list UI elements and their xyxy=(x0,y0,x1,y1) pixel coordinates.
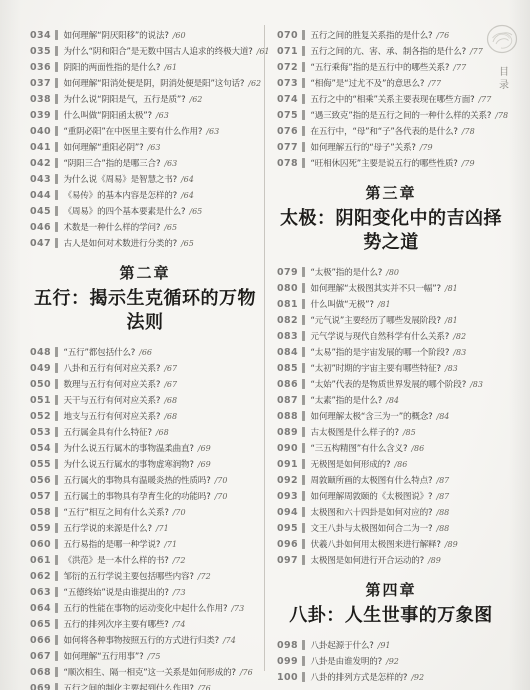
entry-page-number: /68 xyxy=(164,396,177,405)
toc-entry: 041如何理解“重阳必阴”?/63 xyxy=(30,139,260,155)
entry-separator xyxy=(55,651,58,661)
entry-page-number: /88 xyxy=(436,524,449,533)
entry-separator xyxy=(302,126,305,136)
entry-number: 075 xyxy=(277,110,298,121)
entry-number: 049 xyxy=(30,363,51,374)
entry-separator xyxy=(55,459,58,469)
entry-number: 082 xyxy=(277,315,298,326)
entry-number: 064 xyxy=(30,603,51,614)
toc-entry: 064五行的性能在事物的运动变化中起什么作用?/73 xyxy=(30,600,260,616)
toc-entry: 067如何理解“五行用事”?/75 xyxy=(30,648,260,664)
entry-separator xyxy=(302,78,305,88)
entry-number: 066 xyxy=(30,635,51,646)
entry-text: 太极图和六十四卦是如何对应的? xyxy=(311,506,433,518)
entry-text: 术数是一种什么样的学问? xyxy=(64,221,161,233)
entry-text: “顺次相生、隔一相克”这一关系是如何形成的? xyxy=(64,666,236,678)
entry-page-number: /73 xyxy=(231,604,244,613)
entry-separator xyxy=(302,30,305,40)
entry-text: 如何理解“五行用事”? xyxy=(64,650,144,662)
entry-text: 《易传》的基本内容是怎样的? xyxy=(64,189,177,201)
entry-page-number: /70 xyxy=(173,508,186,517)
entry-number: 061 xyxy=(30,555,51,566)
entry-separator xyxy=(302,158,305,168)
entry-number: 077 xyxy=(277,142,298,153)
entry-page-number: /64 xyxy=(181,191,194,200)
entry-separator xyxy=(55,158,58,168)
entry-page-number: /80 xyxy=(386,268,399,277)
toc-entry: 091无极图是如何形成的?/86 xyxy=(277,456,505,472)
entry-separator xyxy=(302,363,305,373)
entry-text: 为什么说“阴阳是气，五行是质”? xyxy=(64,93,186,105)
entry-separator xyxy=(302,427,305,437)
toc-entry: 092周敦颐所画的太极图有什么特点?/87 xyxy=(277,472,505,488)
entry-number: 076 xyxy=(277,126,298,137)
entry-text: 阴阳的两面性指的是什么? xyxy=(64,61,161,73)
entry-separator xyxy=(55,379,58,389)
entry-number: 080 xyxy=(277,283,298,294)
entry-separator xyxy=(55,94,58,104)
entry-separator xyxy=(55,443,58,453)
entry-text: 如何理解“阴厌阳移”的说法? xyxy=(64,29,169,41)
entry-page-number: /91 xyxy=(378,641,391,650)
entry-separator xyxy=(302,491,305,501)
entry-number: 057 xyxy=(30,491,51,502)
toc-entry: 098八卦起源于什么?/91 xyxy=(277,637,505,653)
toc-entry: 058“五行”相互之间有什么关系?/70 xyxy=(30,504,260,520)
entry-page-number: /79 xyxy=(420,143,433,152)
toc-entry: 077如何理解五行的“母子”关系?/79 xyxy=(277,139,505,155)
toc-entry: 039什么叫做“阴阳函太极”?/63 xyxy=(30,107,260,123)
entry-separator xyxy=(302,443,305,453)
entry-separator xyxy=(55,667,58,677)
entry-number: 038 xyxy=(30,94,51,105)
chapter-heading: 第四章八卦：人生世事的万象图 xyxy=(277,581,505,628)
entry-number: 098 xyxy=(277,640,298,651)
entry-text: “重阴必阳”在中医里主要有什么作用? xyxy=(64,125,203,137)
entry-number: 050 xyxy=(30,379,51,390)
entry-separator xyxy=(55,571,58,581)
toc-column-right: 070五行之间的胜复关系指的是什么?/76071五行之间的亢、害、承、制各指的是… xyxy=(277,27,505,685)
entry-page-number: /72 xyxy=(198,572,211,581)
page-margin-decoration: 目录 xyxy=(482,22,522,92)
entry-number: 041 xyxy=(30,142,51,153)
entry-text: “五行乘侮”指的是五行中的哪些关系? xyxy=(311,61,450,73)
entry-text: “太素”指的是什么? xyxy=(311,394,383,406)
entry-separator xyxy=(55,238,58,248)
chapter-title: 五行：揭示生克循环的万物法则 xyxy=(30,287,260,335)
entry-number: 051 xyxy=(30,395,51,406)
entry-text: “元气说”主要经历了哪些发展阶段? xyxy=(311,314,441,326)
entry-separator xyxy=(302,523,305,533)
toc-entry: 093如何理解周敦颐的《太极图说》?/87 xyxy=(277,488,505,504)
toc-entry: 094太极图和六十四卦是如何对应的?/88 xyxy=(277,504,505,520)
toc-entry: 100八卦的排列方式是怎样的?/92 xyxy=(277,669,505,685)
entry-page-number: /83 xyxy=(453,348,466,357)
entry-text: 周敦颐所画的太极图有什么特点? xyxy=(311,474,433,486)
entry-number: 084 xyxy=(277,347,298,358)
toc-entry: 060五行易指的是哪一种学说?/71 xyxy=(30,536,260,552)
entry-page-number: /81 xyxy=(378,300,391,309)
entry-page-number: /82 xyxy=(453,332,466,341)
entry-page-number: /84 xyxy=(437,412,450,421)
entry-text: 如何理解“太极图其实并不只一幅”? xyxy=(311,282,441,294)
entry-number: 048 xyxy=(30,347,51,358)
entry-number: 087 xyxy=(277,395,298,406)
entry-number: 070 xyxy=(277,30,298,41)
entry-number: 074 xyxy=(277,94,298,105)
entry-text: 八卦和五行有何对应关系? xyxy=(64,362,161,374)
chapter-number: 第三章 xyxy=(277,184,505,203)
entry-separator xyxy=(302,142,305,152)
entry-separator xyxy=(55,78,58,88)
entry-number: 088 xyxy=(277,411,298,422)
entry-separator xyxy=(302,331,305,341)
toc-entry: 069五行之间的制化主要起到什么作用?/76 xyxy=(30,680,260,690)
entry-separator xyxy=(55,110,58,120)
entry-separator xyxy=(55,507,58,517)
chapter-number: 第二章 xyxy=(30,264,260,283)
entry-number: 042 xyxy=(30,158,51,169)
toc-entry: 038为什么说“阴阳是气，五行是质”?/62 xyxy=(30,91,260,107)
entry-separator xyxy=(55,190,58,200)
entry-separator xyxy=(55,555,58,565)
entry-separator xyxy=(302,62,305,72)
entry-text: 五行属金具有什么特征? xyxy=(64,426,152,438)
toc-entry: 072“五行乘侮”指的是五行中的哪些关系?/77 xyxy=(277,59,505,75)
toc-entry: 035为什么“阴和阳合”是无数中国古人追求的终极大道?/61 xyxy=(30,43,260,59)
toc-entry: 099八卦是由谁发明的?/92 xyxy=(277,653,505,669)
entry-text: “五德终始”说是由谁提出的? xyxy=(64,586,169,598)
entry-separator xyxy=(55,126,58,136)
toc-entry: 068“顺次相生、隔一相克”这一关系是如何形成的?/76 xyxy=(30,664,260,680)
chapter-heading: 第二章五行：揭示生克循环的万物法则 xyxy=(30,264,260,335)
entry-number: 043 xyxy=(30,174,51,185)
entry-text: 五行之间的胜复关系指的是什么? xyxy=(311,29,433,41)
toc-entry: 052地支与五行有何对应关系?/68 xyxy=(30,408,260,424)
entry-page-number: /68 xyxy=(164,412,177,421)
entry-text: 八卦是由谁发明的? xyxy=(311,655,383,667)
entry-separator xyxy=(55,683,58,690)
swirl-logo-icon xyxy=(485,22,519,60)
entry-text: “旺相休囚死”主要是说五行的哪些性质? xyxy=(311,157,458,169)
entry-separator xyxy=(55,206,58,216)
entry-page-number: /86 xyxy=(394,460,407,469)
entry-separator xyxy=(55,395,58,405)
entry-text: 《周易》的四个基本要素是什么? xyxy=(64,205,186,217)
chapter-title: 太极：阴阳变化中的吉凶择势之道 xyxy=(277,207,505,255)
entry-text: 什么叫做“无极”? xyxy=(311,298,374,310)
entry-text: “太始”代表的是物质世界发展的哪个阶段? xyxy=(311,378,467,390)
toc-entry: 084“太易”指的是宇宙发展的哪一个阶段?/83 xyxy=(277,344,505,360)
entry-number: 039 xyxy=(30,110,51,121)
entry-page-number: /62 xyxy=(248,79,261,88)
entry-page-number: /67 xyxy=(164,380,177,389)
toc-entry: 086“太始”代表的是物质世界发展的哪个阶段?/83 xyxy=(277,376,505,392)
entry-separator xyxy=(302,507,305,517)
entry-page-number: /88 xyxy=(436,508,449,517)
entry-number: 045 xyxy=(30,206,51,217)
entry-number: 079 xyxy=(277,267,298,278)
entry-page-number: /64 xyxy=(181,175,194,184)
toc-entry: 036阴阳的两面性指的是什么?/61 xyxy=(30,59,260,75)
toc-entry: 045《周易》的四个基本要素是什么?/65 xyxy=(30,203,260,219)
entry-page-number: /67 xyxy=(164,364,177,373)
entry-text: “三五构精图”有什么含义? xyxy=(311,442,408,454)
toc-entry: 061《洪范》是一本什么样的书?/72 xyxy=(30,552,260,568)
entry-number: 091 xyxy=(277,459,298,470)
entry-separator xyxy=(302,46,305,56)
entry-text: 为什么说五行属木的事物温柔曲直? xyxy=(64,442,194,454)
entry-text: 古人是如何对术数进行分类的? xyxy=(64,237,177,249)
entry-page-number: /76 xyxy=(198,684,211,690)
toc-entry: 043为什么说《周易》是智慧之书?/64 xyxy=(30,171,260,187)
entry-text: 为什么“阴和阳合”是无数中国古人追求的终极大道? xyxy=(64,45,253,57)
toc-entry: 053五行属金具有什么特征?/68 xyxy=(30,424,260,440)
entry-number: 096 xyxy=(277,539,298,550)
entry-number: 092 xyxy=(277,475,298,486)
entry-separator xyxy=(302,379,305,389)
entry-page-number: /61 xyxy=(164,63,177,72)
toc-entry: 082“元气说”主要经历了哪些发展阶段?/81 xyxy=(277,312,505,328)
entry-number: 062 xyxy=(30,571,51,582)
toc-entry: 073“相侮”是“过尤不及”的意思么?/77 xyxy=(277,75,505,91)
margin-label: 目录 xyxy=(495,66,510,92)
entry-number: 054 xyxy=(30,443,51,454)
toc-entry: 087“太素”指的是什么?/84 xyxy=(277,392,505,408)
chapter-heading: 第三章太极：阴阳变化中的吉凶择势之道 xyxy=(277,184,505,255)
toc-entry: 079“太极”指的是什么?/80 xyxy=(277,264,505,280)
entry-number: 100 xyxy=(277,672,298,683)
toc-entry: 048“五行”都包括什么?/66 xyxy=(30,344,260,360)
toc-entry: 042“阴阳三合”指的是哪三合?/63 xyxy=(30,155,260,171)
entry-number: 040 xyxy=(30,126,51,137)
entry-number: 037 xyxy=(30,78,51,89)
entry-number: 052 xyxy=(30,411,51,422)
entry-number: 035 xyxy=(30,46,51,57)
entry-text: 五行学说的来源是什么? xyxy=(64,522,152,534)
entry-separator xyxy=(302,539,305,549)
entry-text: 五行之中的“相乘”关系主要表现在哪些方面? xyxy=(311,93,475,105)
entry-page-number: /63 xyxy=(164,159,177,168)
entry-page-number: /70 xyxy=(215,476,228,485)
entry-text: 《洪范》是一本什么样的书? xyxy=(64,554,169,566)
entry-separator xyxy=(302,267,305,277)
toc-entry: 047古人是如何对术数进行分类的?/65 xyxy=(30,235,260,251)
entry-number: 097 xyxy=(277,555,298,566)
entry-number: 044 xyxy=(30,190,51,201)
toc-entry: 088如何理解太极“含三为一”的概念?/84 xyxy=(277,408,505,424)
entry-separator xyxy=(55,603,58,613)
entry-page-number: /81 xyxy=(445,284,458,293)
entry-number: 056 xyxy=(30,475,51,486)
entry-separator xyxy=(55,539,58,549)
entry-page-number: /63 xyxy=(206,127,219,136)
entry-separator xyxy=(55,635,58,645)
entry-number: 094 xyxy=(277,507,298,518)
entry-text: “遇三致克”指的是五行之间的一种什么样的关系? xyxy=(311,109,492,121)
entry-page-number: /68 xyxy=(156,428,169,437)
entry-text: 元气学说与现代自然科学有什么关系? xyxy=(311,330,450,342)
entry-text: 什么叫做“阴阳函太极”? xyxy=(64,109,152,121)
entry-separator xyxy=(302,411,305,421)
entry-separator xyxy=(302,475,305,485)
entry-separator xyxy=(302,656,305,666)
toc-entry: 062邹衍的五行学说主要包括哪些内容?/72 xyxy=(30,568,260,584)
toc-entry: 065五行的排列次序主要有哪些?/74 xyxy=(30,616,260,632)
entry-page-number: /77 xyxy=(428,79,441,88)
toc-entry: 066如何将各种事物按照五行的方式进行归类?/74 xyxy=(30,632,260,648)
entry-number: 072 xyxy=(277,62,298,73)
entry-text: 五行的排列次序主要有哪些? xyxy=(64,618,169,630)
toc-entry: 078“旺相休囚死”主要是说五行的哪些性质?/79 xyxy=(277,155,505,171)
entry-text: 伏羲八卦如何用太极图来进行解释? xyxy=(311,538,441,550)
entry-number: 090 xyxy=(277,443,298,454)
entry-number: 069 xyxy=(30,683,51,690)
entry-page-number: /87 xyxy=(436,476,449,485)
entry-text: 为什么说五行属水的事物虚寒润物? xyxy=(64,458,194,470)
entry-text: 五行之间的亢、害、承、制各指的是什么? xyxy=(311,45,466,57)
toc-entry: 044《易传》的基本内容是怎样的?/64 xyxy=(30,187,260,203)
entry-page-number: /77 xyxy=(470,47,483,56)
entry-number: 060 xyxy=(30,539,51,550)
toc-entry: 034如何理解“阴厌阳移”的说法?/60 xyxy=(30,27,260,43)
entry-number: 085 xyxy=(277,363,298,374)
entry-text: 太极图是如何进行开合运动的? xyxy=(311,554,424,566)
entry-page-number: /75 xyxy=(148,652,161,661)
entry-text: “相侮”是“过尤不及”的意思么? xyxy=(311,77,425,89)
toc-entry: 056五行属火的事物具有温暖炎热的性质吗?/70 xyxy=(30,472,260,488)
entry-page-number: /71 xyxy=(156,524,169,533)
entry-page-number: /78 xyxy=(462,127,475,136)
entry-separator xyxy=(55,222,58,232)
toc-entry: 071五行之间的亢、害、承、制各指的是什么?/77 xyxy=(277,43,505,59)
entry-text: 如何理解周敦颐的《太极图说》? xyxy=(311,490,433,502)
entry-separator xyxy=(55,174,58,184)
toc-column-left: 034如何理解“阴厌阳移”的说法?/60035为什么“阴和阳合”是无数中国古人追… xyxy=(30,27,260,690)
toc-entry: 097太极图是如何进行开合运动的?/89 xyxy=(277,552,505,568)
entry-number: 078 xyxy=(277,158,298,169)
entry-separator xyxy=(55,619,58,629)
entry-separator xyxy=(55,475,58,485)
entry-separator xyxy=(302,672,305,682)
toc-entry: 095文王八卦与太极图如何合二为一?/88 xyxy=(277,520,505,536)
entry-page-number: /73 xyxy=(173,588,186,597)
entry-separator xyxy=(55,46,58,56)
entry-page-number: /84 xyxy=(386,396,399,405)
entry-page-number: /92 xyxy=(386,657,399,666)
entry-text: 如何将各种事物按照五行的方式进行归类? xyxy=(64,634,219,646)
entry-number: 047 xyxy=(30,238,51,249)
entry-number: 073 xyxy=(277,78,298,89)
entry-text: 无极图是如何形成的? xyxy=(311,458,391,470)
entry-number: 063 xyxy=(30,587,51,598)
entry-text: 如何理解“阳消处便是阴，阴消处便是阳”这句话? xyxy=(64,77,245,89)
entry-text: 地支与五行有何对应关系? xyxy=(64,410,161,422)
entry-page-number: /76 xyxy=(436,31,449,40)
entry-text: 为什么说《周易》是智慧之书? xyxy=(64,173,177,185)
entry-page-number: /70 xyxy=(215,492,228,501)
entry-page-number: /83 xyxy=(470,380,483,389)
entry-text: “五行”相互之间有什么关系? xyxy=(64,506,169,518)
entry-separator xyxy=(55,427,58,437)
entry-page-number: /78 xyxy=(495,111,508,120)
entry-text: “太极”指的是什么? xyxy=(311,266,383,278)
toc-entry: 063“五德终始”说是由谁提出的?/73 xyxy=(30,584,260,600)
entry-separator xyxy=(302,315,305,325)
entry-separator xyxy=(302,299,305,309)
entry-number: 071 xyxy=(277,46,298,57)
entry-page-number: /66 xyxy=(139,348,152,357)
entry-separator xyxy=(302,640,305,650)
entry-text: 八卦起源于什么? xyxy=(311,639,374,651)
entry-separator xyxy=(55,411,58,421)
entry-page-number: /72 xyxy=(173,556,186,565)
entry-separator xyxy=(55,523,58,533)
entry-text: 五行属土的事物具有孕育生化的功能吗? xyxy=(64,490,211,502)
entry-number: 083 xyxy=(277,331,298,342)
toc-entry: 096伏羲八卦如何用太极图来进行解释?/89 xyxy=(277,536,505,552)
toc-page: 034如何理解“阴厌阳移”的说法?/60035为什么“阴和阳合”是无数中国古人追… xyxy=(0,0,530,690)
entry-separator xyxy=(55,62,58,72)
entry-page-number: /74 xyxy=(173,620,186,629)
entry-text: 文王八卦与太极图如何合二为一? xyxy=(311,522,433,534)
entry-text: 如何理解五行的“母子”关系? xyxy=(311,141,416,153)
entry-text: 五行属火的事物具有温暖炎热的性质吗? xyxy=(64,474,211,486)
entry-page-number: /60 xyxy=(173,31,186,40)
entry-page-number: /83 xyxy=(445,364,458,373)
entry-text: “太初”时期的宇宙主要有哪些特征? xyxy=(311,362,441,374)
toc-entry: 083元气学说与现代自然科学有什么关系?/82 xyxy=(277,328,505,344)
entry-page-number: /74 xyxy=(223,636,236,645)
entry-page-number: /65 xyxy=(164,223,177,232)
entry-text: 五行的性能在事物的运动变化中起什么作用? xyxy=(64,602,228,614)
toc-entry: 081什么叫做“无极”?/81 xyxy=(277,296,505,312)
toc-entry: 040“重阴必阳”在中医里主要有什么作用?/63 xyxy=(30,123,260,139)
entry-number: 067 xyxy=(30,651,51,662)
entry-separator xyxy=(302,555,305,565)
toc-entry: 051天干与五行有何对应关系?/68 xyxy=(30,392,260,408)
toc-entry: 090“三五构精图”有什么含义?/86 xyxy=(277,440,505,456)
toc-entry: 074五行之中的“相乘”关系主要表现在哪些方面?/77 xyxy=(277,91,505,107)
entry-separator xyxy=(302,110,305,120)
toc-entry: 049八卦和五行有何对应关系?/67 xyxy=(30,360,260,376)
toc-entry: 037如何理解“阳消处便是阴，阴消处便是阳”这句话?/62 xyxy=(30,75,260,91)
entry-page-number: /77 xyxy=(478,95,491,104)
entry-number: 055 xyxy=(30,459,51,470)
toc-entry: 075“遇三致克”指的是五行之间的一种什么样的关系?/78 xyxy=(277,107,505,123)
entry-text: 五行之间的制化主要起到什么作用? xyxy=(64,682,194,690)
entry-number: 034 xyxy=(30,30,51,41)
toc-entry: 054为什么说五行属木的事物温柔曲直?/69 xyxy=(30,440,260,456)
entry-number: 093 xyxy=(277,491,298,502)
entry-text: 五行易指的是哪一种学说? xyxy=(64,538,161,550)
entry-number: 065 xyxy=(30,619,51,630)
column-divider xyxy=(264,25,265,671)
entry-text: 八卦的排列方式是怎样的? xyxy=(311,671,408,683)
entry-text: “阴阳三合”指的是哪三合? xyxy=(64,157,161,169)
entry-separator xyxy=(55,142,58,152)
entry-page-number: /87 xyxy=(436,492,449,501)
toc-entry: 070五行之间的胜复关系指的是什么?/76 xyxy=(277,27,505,43)
toc-entry: 046术数是一种什么样的学问?/65 xyxy=(30,219,260,235)
entry-page-number: /71 xyxy=(164,540,177,549)
entry-text: 天干与五行有何对应关系? xyxy=(64,394,161,406)
entry-page-number: /86 xyxy=(411,444,424,453)
entry-number: 059 xyxy=(30,523,51,534)
entry-number: 068 xyxy=(30,667,51,678)
chapter-title: 八卦：人生世事的万象图 xyxy=(277,604,505,628)
entry-text: 在五行中，“母”和“子”各代表的是什么? xyxy=(311,125,458,137)
